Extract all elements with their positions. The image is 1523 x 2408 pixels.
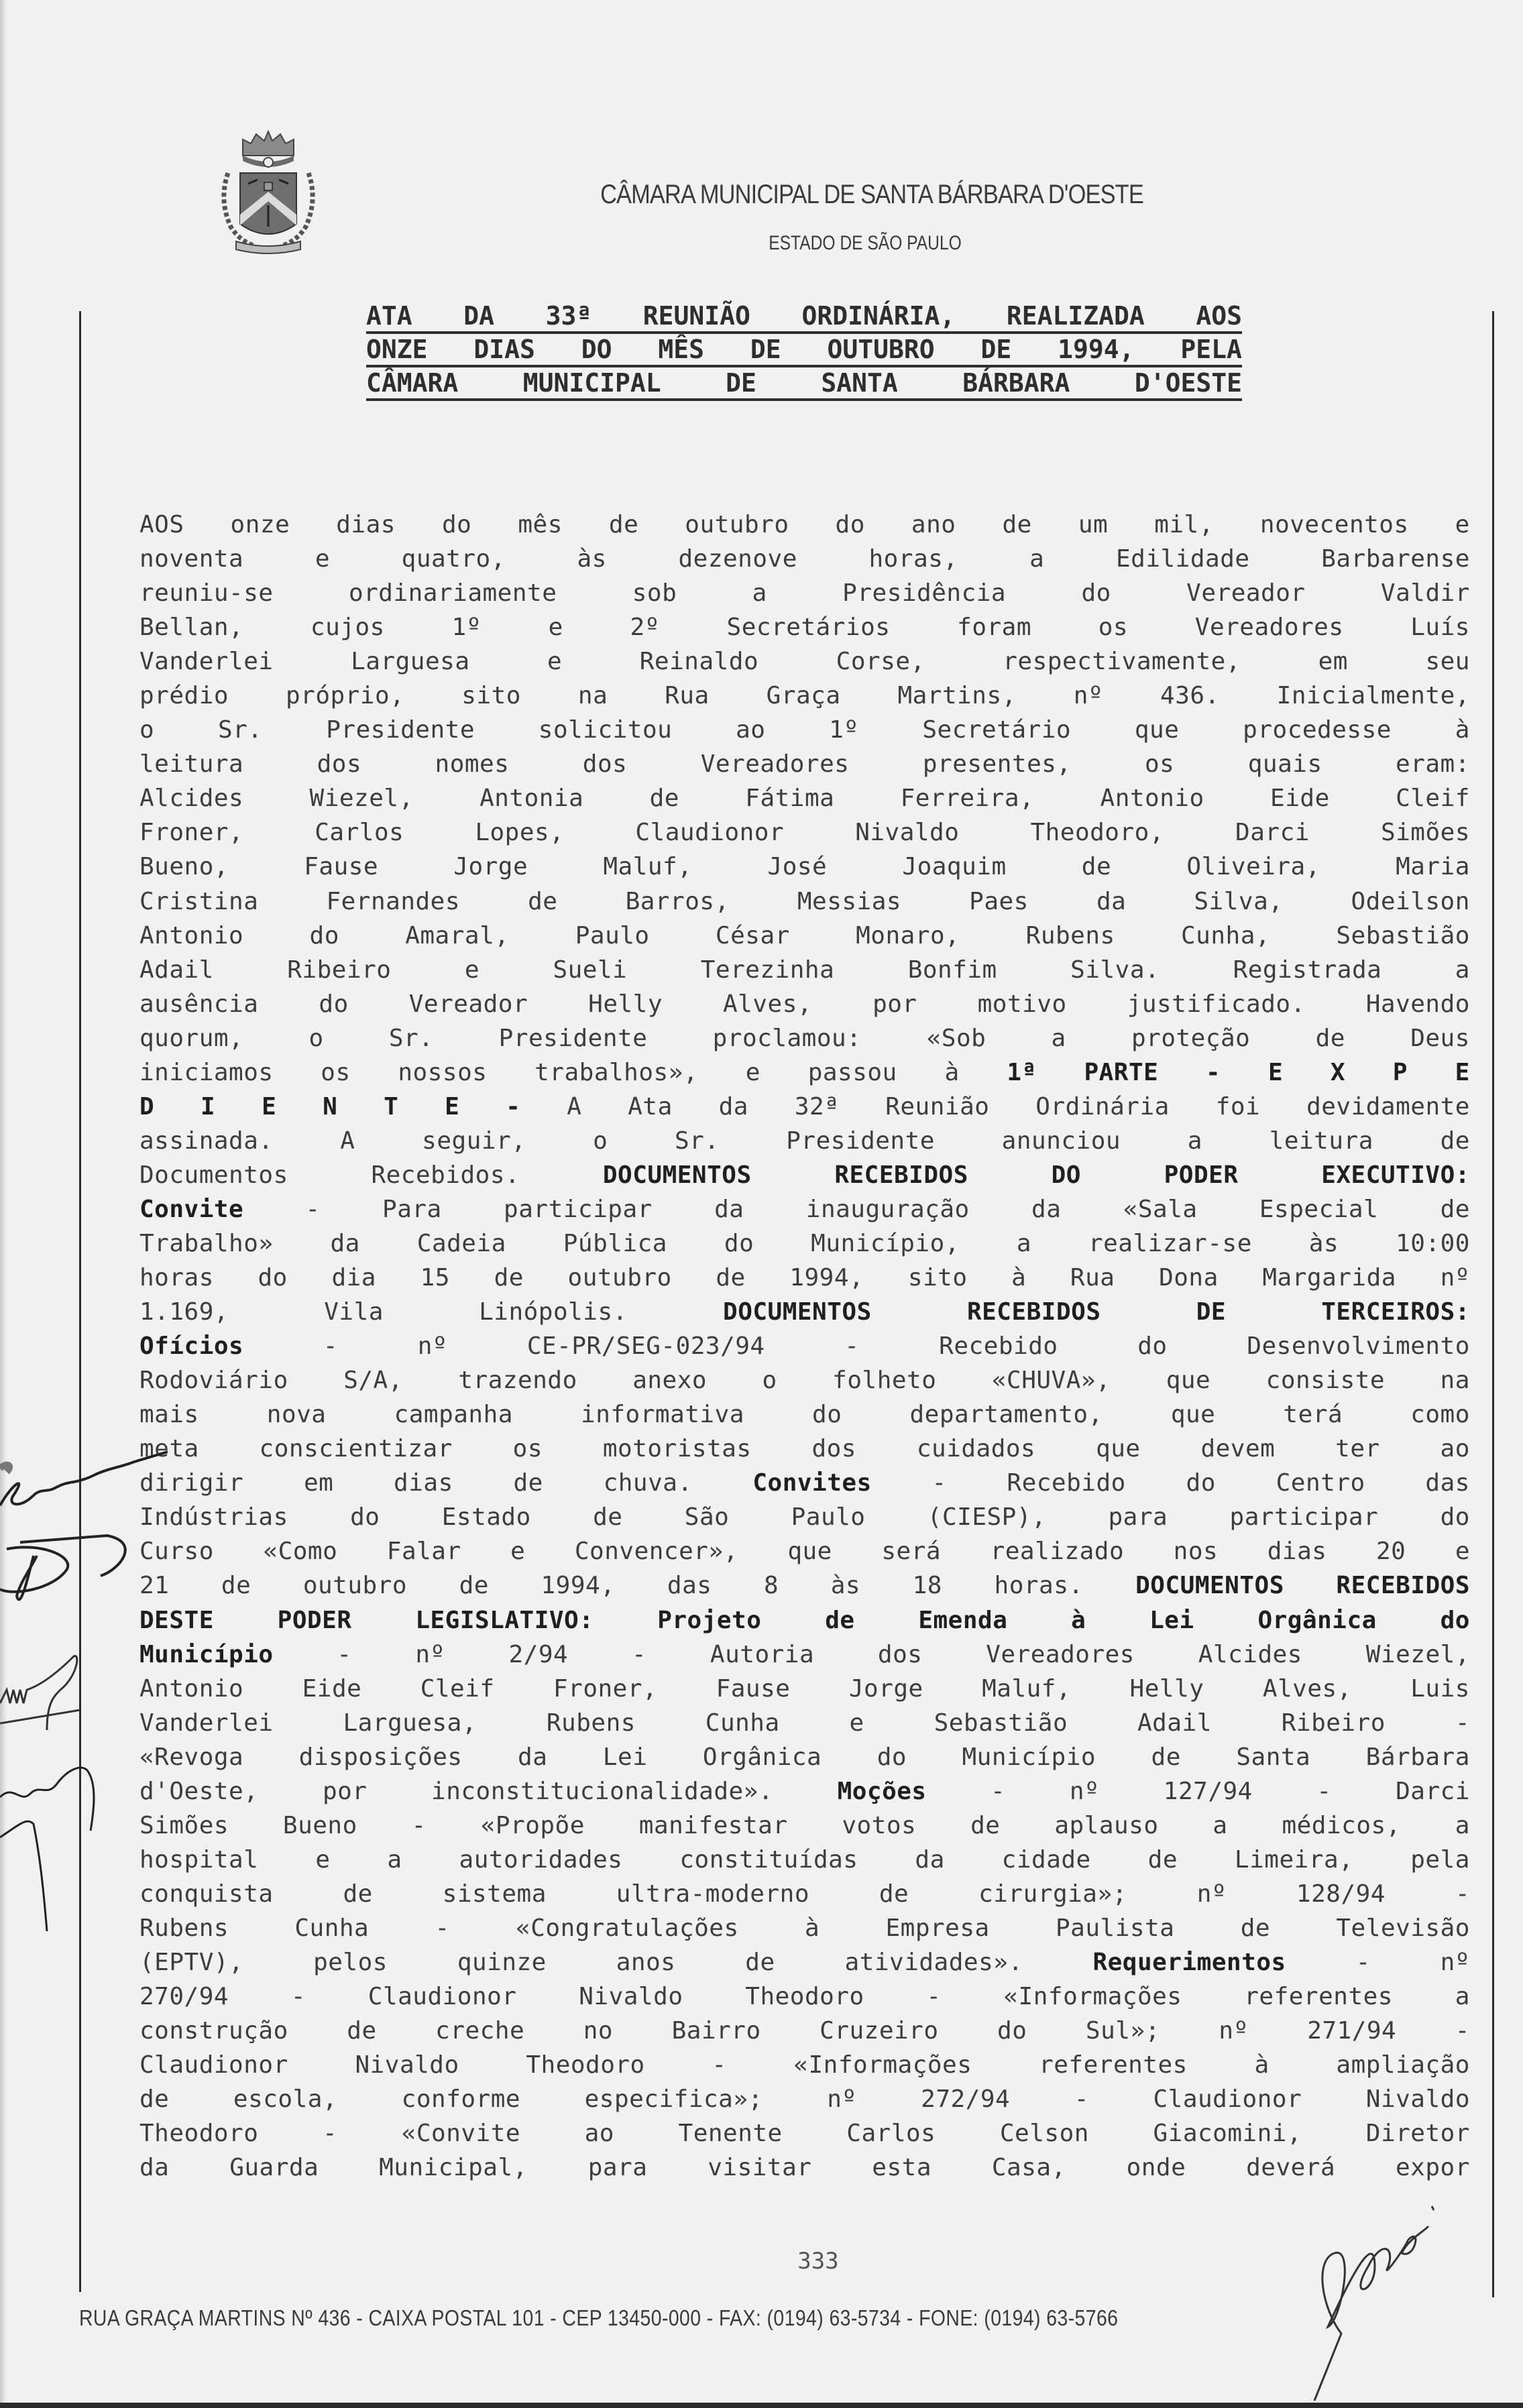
word: os [513, 1432, 543, 1466]
word: em [304, 1466, 333, 1500]
word: Corse, [836, 644, 925, 679]
word: de [1441, 1192, 1470, 1226]
word: do [310, 919, 339, 953]
title-word: PELA [1180, 334, 1242, 365]
body-line: reuniu-seordinariamentesobaPresidênciado… [139, 576, 1470, 610]
body-line: 270/94-ClaudionorNivaldoTheodoro-«Inform… [139, 1980, 1470, 2014]
word: no [583, 2014, 613, 2048]
word: Adail [139, 953, 214, 987]
word: terá [1283, 1397, 1343, 1432]
word: de [459, 1568, 489, 1603]
word: Darci [1396, 1774, 1470, 1809]
word: Wiezel, [310, 781, 414, 815]
word: trabalhos», [534, 1055, 698, 1090]
word: Claudionor [635, 815, 784, 850]
title-word: SANTA [821, 367, 897, 398]
word: reuniu-se [139, 576, 274, 610]
bold-word: I [201, 1090, 215, 1124]
word: Secretário [922, 713, 1071, 747]
word: às [1309, 1226, 1339, 1261]
body-line: maisnovacampanhainformativadodepartament… [139, 1397, 1470, 1432]
word: dos [583, 747, 628, 781]
body-line: «RevogadisposiçõesdaLeiOrgânicadoMunicíp… [139, 1740, 1470, 1774]
word: Fátima [745, 781, 834, 815]
word: constituídas [679, 1843, 858, 1877]
word: Alves, [723, 987, 812, 1021]
word: escola, [233, 2082, 337, 2116]
body-line: leituradosnomesdosVereadorespresentes,os… [139, 747, 1470, 781]
word: Rubens [547, 1706, 636, 1740]
word: que [1096, 1432, 1141, 1466]
word: «Revoga [139, 1740, 243, 1774]
word: Ata [628, 1090, 673, 1124]
word: Falar [387, 1534, 461, 1568]
word: horas. [995, 1568, 1084, 1603]
word: 2º [630, 610, 659, 644]
word: à [805, 1911, 820, 1945]
word: nº [1441, 1261, 1470, 1295]
word: eram: [1396, 747, 1470, 781]
word: Vereadores [1195, 610, 1344, 644]
title-word: DE [750, 334, 781, 365]
word: César [716, 919, 790, 953]
word: Larguesa, [343, 1706, 477, 1740]
title-word: DA [463, 300, 494, 331]
word: da [719, 1090, 748, 1124]
word: Bueno [283, 1809, 357, 1843]
word: sistema [443, 1877, 547, 1911]
title-word: 1994, [1058, 334, 1134, 365]
word: sito [461, 679, 521, 713]
word: na [578, 679, 608, 713]
word: de [1002, 508, 1031, 542]
word: participar [1230, 1500, 1379, 1534]
word: inconstitucionalidade». [431, 1774, 773, 1809]
word: Bairro [672, 2014, 761, 2048]
word: Edilidade [1116, 542, 1250, 576]
word: Televisão [1336, 1911, 1470, 1945]
word: referentes [1244, 1980, 1393, 2014]
word: - [306, 1192, 321, 1226]
word: Margarida [1262, 1261, 1396, 1295]
body-line: deescola,conformeespecifica»;nº272/94-Cl… [139, 2082, 1470, 2116]
word: respectivamente, [1003, 644, 1241, 679]
word: onze [231, 508, 290, 542]
word: 436. [1160, 679, 1220, 713]
word: cidade [1002, 1843, 1091, 1877]
word: o [593, 1124, 608, 1158]
word: Deus [1410, 1021, 1470, 1055]
word: Município [962, 1740, 1096, 1774]
word: Luís [1410, 610, 1470, 644]
word: da [1096, 884, 1126, 919]
body-line: Convite-Paraparticipardainauguraçãoda«Sa… [139, 1192, 1470, 1226]
word: - [1356, 1945, 1371, 1980]
page-bottom-edge [0, 2403, 1523, 2408]
word: ampliação [1336, 2048, 1470, 2082]
word: Monaro, [856, 919, 960, 953]
word: de [609, 508, 638, 542]
word: presentes, [923, 747, 1072, 781]
word: Secretários [727, 610, 891, 644]
word: quorum, [139, 1021, 243, 1055]
body-line: Theodoro-«ConviteaoTenenteCarlosCelsonGi… [139, 2116, 1470, 2151]
word: à [1011, 1261, 1026, 1295]
word: Sueli [553, 953, 627, 987]
word: participar [504, 1192, 653, 1226]
word: Bonfim [908, 953, 997, 987]
word: - [991, 1774, 1005, 1809]
word: de [745, 1945, 775, 1980]
word: ano [911, 508, 956, 542]
title-word: 33ª [546, 300, 592, 331]
body-line: DESTEPODERLEGISLATIVO:ProjetodeEmendaàLe… [139, 1603, 1470, 1638]
word: A [340, 1124, 355, 1158]
bold-word: - [1206, 1055, 1221, 1090]
title-word: ONZE [366, 334, 428, 365]
word: - [632, 1638, 646, 1672]
word: e [510, 1534, 525, 1568]
title-word: REUNIÃO [643, 300, 750, 331]
body-line: VanderleiLarguesa,RubensCunhaeSebastiãoA… [139, 1706, 1470, 1740]
word: Fernandes [326, 884, 460, 919]
word: «Congratulações [516, 1911, 739, 1945]
word: do [442, 508, 471, 542]
word: - [1455, 2014, 1470, 2048]
bold-word: Emenda [918, 1603, 1007, 1638]
word: dirigir [139, 1466, 243, 1500]
word: horas, [869, 542, 958, 576]
body-line: DIENTE-AAtada32ªReuniãoOrdináriafoidevid… [139, 1090, 1470, 1124]
word: de [494, 1261, 524, 1295]
word: seu [1425, 644, 1470, 679]
word: Presidente [499, 1021, 648, 1055]
bold-word: E [445, 1090, 459, 1124]
word: a [1212, 1809, 1227, 1843]
bold-word: E [1268, 1055, 1283, 1090]
word: disposições [299, 1740, 463, 1774]
word: e [549, 610, 563, 644]
word: Maluf, [982, 1672, 1071, 1706]
word: Vanderlei [139, 644, 274, 679]
word: - [1316, 1774, 1331, 1809]
word: da [518, 1740, 547, 1774]
bold-word: X [1331, 1055, 1345, 1090]
word: Centro [1276, 1466, 1365, 1500]
word: médicos, [1282, 1809, 1400, 1843]
word: Nivaldo [855, 815, 959, 850]
word: Antonia [480, 781, 583, 815]
word: 1º [452, 610, 482, 644]
word: Nivaldo [579, 1980, 683, 2014]
word: Ordinária [1035, 1090, 1170, 1124]
word: a [1052, 1021, 1066, 1055]
word: Bueno, [139, 850, 229, 884]
word: Odeilson [1351, 884, 1470, 919]
word: dos [878, 1638, 923, 1672]
word: Reinaldo [640, 644, 758, 679]
word: Cristina [139, 884, 258, 919]
word: Estado [442, 1500, 531, 1534]
word: ordinariamente [349, 576, 557, 610]
title-line: ONZEDIASDOMÊSDEOUTUBRODE1994,PELA [366, 334, 1242, 367]
word: do [877, 1740, 907, 1774]
word: nº [1074, 679, 1103, 713]
word: Nivaldo [355, 2048, 459, 2082]
word: que [1171, 1397, 1216, 1432]
word: Celson [1000, 2116, 1089, 2151]
word: ultra-moderno [616, 1877, 809, 1911]
word: que [1135, 713, 1180, 747]
word: sob [632, 576, 677, 610]
word: e [746, 1055, 760, 1090]
word: Cunha [294, 1911, 369, 1945]
body-line: AlcidesWiezel,AntoniadeFátimaFerreira,An… [139, 781, 1470, 815]
word: Ribeiro [287, 953, 391, 987]
word: Linópolis. [479, 1295, 628, 1329]
word: pela [1410, 1843, 1470, 1877]
word: hospital [139, 1843, 258, 1877]
word: da [1031, 1192, 1061, 1226]
word: construção [139, 2014, 288, 2048]
word: Vereador [1186, 576, 1305, 610]
word: os [1145, 747, 1174, 781]
bold-word: 1ª [1007, 1055, 1036, 1090]
word: 270/94 [139, 1980, 229, 2014]
word: Larguesa [351, 644, 469, 679]
word: das [667, 1568, 712, 1603]
word: S/A, [343, 1363, 403, 1397]
bold-word: E [262, 1090, 276, 1124]
word: a [1029, 542, 1044, 576]
body-line: prédiopróprio,sitonaRuaGraçaMartins,nº43… [139, 679, 1470, 713]
word: AOS [139, 508, 184, 542]
body-line: Froner,CarlosLopes,ClaudionorNivaldoTheo… [139, 815, 1470, 850]
word: o [763, 1363, 777, 1397]
word: 15 [420, 1261, 450, 1295]
word: - [435, 1911, 450, 1945]
word: de [528, 884, 557, 919]
word: 1994, [789, 1261, 864, 1295]
word: às [577, 542, 607, 576]
body-line: horasdodia15deoutubrode1994,sitoàRuaDona… [139, 1261, 1470, 1295]
body-line: daGuardaMunicipal,paravisitarestaCasa,on… [139, 2151, 1470, 2185]
word: que [787, 1534, 832, 1568]
word: do [997, 2014, 1027, 2048]
word: de [1316, 1021, 1345, 1055]
body-line: ausênciadoVereadorHellyAlves,pormotivoju… [139, 987, 1470, 1021]
word: leitura [1270, 1124, 1373, 1158]
title-line: CÂMARAMUNICIPALDESANTABÁRBARAD'OESTE [366, 367, 1242, 401]
body-line: dirigiremdiasdechuva.Convites-Recebidodo… [139, 1466, 1470, 1500]
word: Presidente [786, 1124, 935, 1158]
word: Havendo [1366, 987, 1470, 1021]
word: especifica»; [585, 2082, 763, 2116]
title-word: MÊS [658, 334, 704, 365]
word: iniciamos [139, 1055, 274, 1090]
word: um [1078, 508, 1108, 542]
word: Documentos [139, 1158, 288, 1192]
word: Froner, [139, 815, 243, 850]
word: novecentos [1260, 508, 1409, 542]
word: dezenove [678, 542, 797, 576]
word: cujos [311, 610, 385, 644]
word: Presidente [326, 713, 475, 747]
body-line: 21deoutubrode1994,das8às18horas.DOCUMENT… [139, 1568, 1470, 1603]
word: Helly [1130, 1672, 1204, 1706]
bold-word: Ofícios [139, 1329, 243, 1363]
word: realizado [991, 1534, 1125, 1568]
body-line: conquistadesistemaultra-modernodecirurgi… [139, 1877, 1470, 1911]
word: Antonio [139, 919, 243, 953]
word: sito [908, 1261, 968, 1295]
bold-word: N [323, 1090, 337, 1124]
word: horas [139, 1261, 214, 1295]
word: 20 [1376, 1534, 1406, 1568]
word: Cruzeiro [820, 2014, 938, 2048]
word: Sebastião [1336, 919, 1470, 953]
word: de [1441, 1124, 1470, 1158]
word: deverá [1246, 2151, 1335, 2185]
word: anexo [632, 1363, 707, 1397]
word: Eide [1270, 781, 1330, 815]
bold-word: Lei [1149, 1603, 1194, 1638]
word: Simões [1381, 815, 1470, 850]
body-line: ClaudionorNivaldoTheodoro-«Informaçõesre… [139, 2048, 1470, 2082]
word: José [768, 850, 828, 884]
word: 1º [829, 713, 858, 747]
word: Helly [588, 987, 663, 1021]
word: - [323, 2116, 337, 2151]
coat-of-arms-icon [216, 126, 321, 255]
word: de [879, 1877, 909, 1911]
word: e [315, 542, 330, 576]
word: dia [331, 1261, 376, 1295]
word: meta [139, 1432, 199, 1466]
word: «Propõe [481, 1809, 585, 1843]
bold-word: DOCUMENTOS [1135, 1568, 1284, 1603]
word: Wiezel, [1366, 1638, 1470, 1672]
word: Presidência [842, 576, 1006, 610]
word: solicitou [539, 713, 673, 747]
bold-word: PODER [1164, 1158, 1239, 1192]
word: conquista [139, 1877, 274, 1911]
word: prédio [139, 679, 229, 713]
word: autoridades [459, 1843, 623, 1877]
bold-word: LEGISLATIVO: [415, 1603, 594, 1638]
word: e [850, 1706, 864, 1740]
word: Antonio [139, 1672, 243, 1706]
word: do [1186, 1466, 1216, 1500]
organization-name: CÂMARA MUNICIPAL DE SANTA BÁRBARA D'OEST… [526, 180, 1218, 210]
word: nº [1070, 1774, 1099, 1809]
word: (CIESP), [927, 1500, 1046, 1534]
word: Alcides [1198, 1638, 1302, 1672]
word: Dona [1159, 1261, 1219, 1295]
body-line: (EPTV),pelosquinzeanosdeatividades».Requ… [139, 1945, 1470, 1980]
word: e [1455, 1534, 1470, 1568]
bold-word: Requerimentos [1092, 1945, 1286, 1980]
word: Fause [716, 1672, 791, 1706]
word: Fause [304, 850, 378, 884]
word: chuva. [604, 1466, 693, 1500]
bold-word: E [1455, 1055, 1470, 1090]
word: e [1455, 508, 1470, 542]
word: cirurgia»; [978, 1877, 1127, 1911]
word: Paes [969, 884, 1029, 919]
word: Claudionor [139, 2048, 288, 2082]
title-word: AOS [1196, 300, 1242, 331]
body-line: oSr.Presidentesolicitouao1ºSecretárioque… [139, 713, 1470, 747]
word: - [337, 1638, 351, 1672]
word: atividades». [845, 1945, 1023, 1980]
word: a [1455, 1809, 1470, 1843]
word: de [513, 1466, 543, 1500]
word: Trabalho» [139, 1226, 274, 1261]
word: 18 [913, 1568, 942, 1603]
word: Claudionor [1153, 2082, 1302, 2116]
word: Santa [1236, 1740, 1310, 1774]
body-line: VanderleiLarguesaeReinaldoCorse,respecti… [139, 644, 1470, 679]
word: Giacomini, [1153, 2116, 1302, 2151]
word: do [1137, 1329, 1167, 1363]
word: «Informações [793, 2048, 972, 2082]
page-number: 333 [778, 2248, 858, 2275]
body-line: Município-nº2/94-AutoriadosVereadoresAlc… [139, 1638, 1470, 1672]
word: 128/94 [1296, 1877, 1386, 1911]
word: motivo [978, 987, 1067, 1021]
word: Claudionor [368, 1980, 517, 2014]
word: foram [957, 610, 1031, 644]
word: próprio, [286, 679, 404, 713]
word: referentes [1039, 2048, 1188, 2082]
word: consiste [1266, 1363, 1385, 1397]
word: 32ª [795, 1090, 840, 1124]
word: 1994, [541, 1568, 615, 1603]
body-line: CristinaFernandesdeBarros,MessiasPaesdaS… [139, 884, 1470, 919]
margin-signature-2 [0, 1529, 134, 1636]
word: A [567, 1090, 581, 1124]
word: Antonio [1101, 781, 1204, 815]
title-word: ORDINÁRIA, [802, 300, 956, 331]
word: e [465, 953, 480, 987]
word: dias [394, 1466, 453, 1500]
body-line: IndústriasdoEstadodeSãoPaulo(CIESP),para… [139, 1500, 1470, 1534]
word: Bellan, [139, 610, 243, 644]
word: Paulo [791, 1500, 866, 1534]
word: Barbarense [1321, 542, 1470, 576]
word: anunciou [1002, 1124, 1121, 1158]
word: Oliveira, [1186, 850, 1320, 884]
title-word: REALIZADA [1007, 300, 1145, 331]
bold-word: à [1071, 1603, 1086, 1638]
word: da [714, 1192, 744, 1226]
word: 1.169, [139, 1295, 229, 1329]
word: «Sala [1123, 1192, 1198, 1226]
body-line: RodoviárioS/A,trazendoanexoofolheto«CHUV… [139, 1363, 1470, 1397]
word: d'Oeste, [139, 1774, 258, 1809]
title-word: DE [726, 367, 756, 398]
word: Diretor [1366, 2116, 1470, 2151]
word: assinada. [139, 1124, 274, 1158]
word: Vanderlei [139, 1706, 274, 1740]
word: nº [1441, 1945, 1470, 1980]
body-line: DocumentosRecebidos.DOCUMENTOSRECEBIDOSD… [139, 1158, 1470, 1192]
word: Orgânica [703, 1740, 822, 1774]
word: 21 [139, 1568, 169, 1603]
word: nomes [435, 747, 510, 781]
word: Para [382, 1192, 442, 1226]
